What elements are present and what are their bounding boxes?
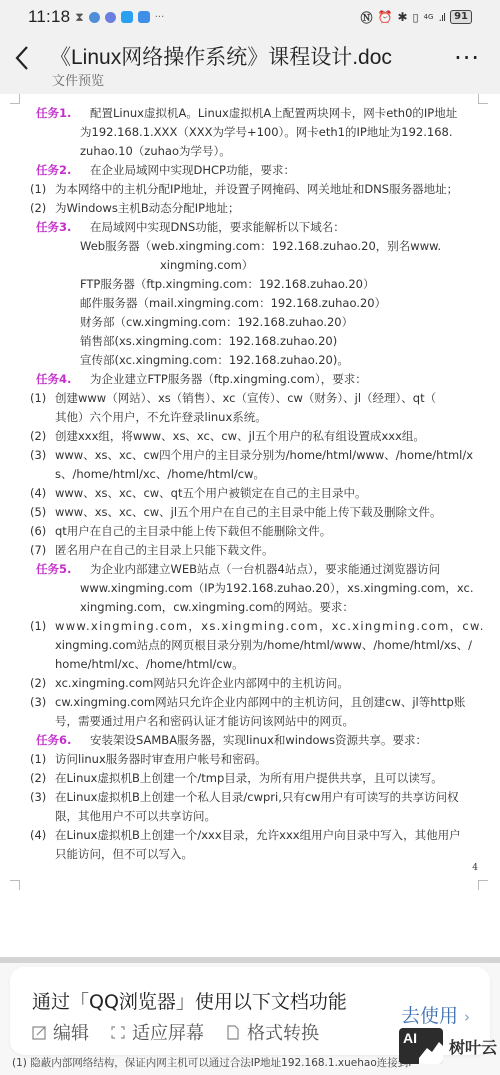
status-bar: 11:18 ⧗ ··· Ⓝ ⏰ ✱ ▯ 4G .ıl 91 — [0, 0, 500, 34]
watermark: AI 树叶云 — [399, 1028, 497, 1064]
task-heading: 任务2.在企业局域网中实现DHCP功能，要求： — [30, 161, 478, 180]
edit-icon — [32, 1025, 46, 1040]
dns-entry: Web服务器（web.xingming.com：192.168.zuhao.20… — [30, 237, 478, 256]
task-label: 任务3. — [36, 218, 90, 237]
dns-entry: FTP服务器（ftp.xingming.com：192.168.zuhao.20… — [30, 275, 478, 294]
list-item: (1)www.xingming.com，xs.xingming.com，xc.x… — [30, 617, 478, 674]
list-item: (2)xc.xingming.com网站只允许企业内部网中的主机访问。 — [30, 674, 478, 693]
list-item: (4)www、xs、xc、cw、qt五个用户被锁定在自己的主目录中。 — [30, 484, 478, 503]
list-item: (3)www、xs、xc、cw四个用户的主目录分别为/home/html/www… — [30, 446, 478, 484]
cloud-app-icon — [138, 11, 150, 23]
document-page[interactable]: 4 任务1.配置Linux虚拟机A。Linux虚拟机A上配置两块网卡，网卡eth… — [0, 94, 500, 957]
feature-edit[interactable]: 编辑 — [32, 1019, 89, 1045]
task-label: 任务1. — [36, 104, 90, 123]
list-item: (2)创建xxx组，将www、xs、xc、cw、jl五个用户的私有组设置成xxx… — [30, 427, 478, 446]
dns-entry: xingming.com） — [30, 256, 478, 275]
watermark-brand: 树叶云 — [449, 1035, 497, 1058]
alarm-icon: ⏰ — [378, 10, 393, 24]
list-item: (1)创建www（网站）、xs（销售）、xc（宣传）、cw（财务）、jl（经理）… — [30, 389, 478, 427]
task-heading: 任务3.在局域网中实现DNS功能，要求能解析以下域名： — [30, 218, 478, 237]
document-icon — [226, 1025, 240, 1040]
dns-entry: 邮件服务器（mail.xingming.com：192.168.zuhao.20… — [30, 294, 478, 313]
crop-mark — [10, 94, 20, 104]
list-item: (3)在Linux虚拟机B上创建一个私人目录/cwpri,只有cw用户有可读写的… — [30, 788, 478, 826]
vibrate-icon: ▯ — [413, 11, 419, 24]
list-item: (7)匿名用户在自己的主目录上只能下载文件。 — [30, 541, 478, 560]
more-options-button[interactable]: ··· — [454, 44, 480, 72]
battery-icon: 91 — [450, 10, 472, 24]
crop-mark — [10, 880, 20, 890]
document-subtitle: 文件预览 — [52, 70, 104, 89]
list-item: (6)qt用户在自己的主目录中能上传下载但不能删除文件。 — [30, 522, 478, 541]
dns-entry: 财务部（cw.xingming.com：192.168.zuhao.20） — [30, 313, 478, 332]
page-number: 4 — [472, 863, 478, 873]
search-app-icon — [121, 11, 133, 23]
back-button[interactable] — [14, 44, 38, 80]
nfc-icon: Ⓝ — [360, 9, 372, 26]
banner-title: 通过「QQ浏览器」使用以下文档功能 — [32, 987, 347, 1014]
chevron-right-icon: › — [464, 1008, 470, 1026]
list-item: (2)在Linux虚拟机B上创建一个/tmp目录，为所有用户提供共享，且可以读写… — [30, 769, 478, 788]
paragraph-line: 为192.168.1.XXX（XXX为学号+100）。网卡eth1的IP地址为1… — [30, 123, 478, 142]
watermark-logo-icon: AI — [399, 1028, 443, 1064]
next-page-preview-text: (1) 隐蔽内部网络结构，保证内网主机可以通过合法IP地址192.168.1.x… — [12, 1055, 411, 1070]
paragraph-line: zuhao.10（zuhao为学号）。 — [30, 142, 478, 161]
bluetooth-icon: ✱ — [397, 10, 407, 24]
task-label: 任务5. — [36, 560, 90, 579]
go-use-button[interactable]: 去使用› — [401, 1001, 470, 1028]
document-content: 任务1.配置Linux虚拟机A。Linux虚拟机A上配置两块网卡，网卡eth0的… — [30, 104, 478, 864]
list-item: (5)www、xs、xc、cw、jl五个用户在自己的主目录中能上传下载及删除文件… — [30, 503, 478, 522]
feature-fit-screen[interactable]: 适应屏幕 — [111, 1019, 204, 1045]
dns-entry: 销售部(xs.xingming.com：192.168.zuhao.20) — [30, 332, 478, 351]
music-app-icon — [105, 12, 116, 23]
list-item: (2)为Windows主机B动态分配IP地址； — [30, 199, 478, 218]
list-item: (4)在Linux虚拟机B上创建一个/xxx目录，允许xxx组用户向目录中写入，… — [30, 826, 478, 864]
more-notifications-icon: ··· — [155, 12, 165, 23]
network-type-icon: 4G — [424, 13, 434, 21]
crop-mark — [478, 94, 488, 104]
list-item: (1)访问linux服务器时审查用户帐号和密码。 — [30, 750, 478, 769]
chevron-left-icon — [14, 44, 30, 72]
task-label: 任务4. — [36, 370, 90, 389]
crop-mark — [478, 880, 488, 890]
task-label: 任务6. — [36, 731, 90, 750]
task-heading: 任务6.安装架设SAMBA服务器，实现linux和windows资源共享。要求： — [30, 731, 478, 750]
paragraph-line: www.xingming.com（IP为192.168.zuhao.20），xs… — [30, 579, 478, 598]
task-heading: 任务4.为企业建立FTP服务器（ftp.xingming.com），要求： — [30, 370, 478, 389]
paragraph-line: xingming.com，cw.xingming.com的网站。要求： — [30, 598, 478, 617]
signal-icon: .ıl — [438, 11, 445, 24]
list-item: (1)为本网络中的主机分配IP地址，并设置子网掩码、网关地址和DNS服务器地址； — [30, 180, 478, 199]
feature-list: 编辑 适应屏幕 格式转换 — [32, 1019, 319, 1045]
hourglass-icon: ⧗ — [75, 10, 83, 25]
task-label: 任务2. — [36, 161, 90, 180]
app-header: 《Linux网络操作系统》课程设计.doc 文件预览 ··· — [0, 34, 500, 94]
task-heading: 任务5.为企业内部建立WEB站点（一台机器4站点），要求能通过浏览器访问 — [30, 560, 478, 579]
feature-format-convert[interactable]: 格式转换 — [226, 1019, 319, 1045]
more-icon: ··· — [454, 44, 480, 72]
clock: 11:18 — [28, 7, 70, 27]
list-item: (3)cw.xingming.com网站只允许企业内部网中的主机访问，且创建cw… — [30, 693, 478, 731]
fit-screen-icon — [111, 1025, 125, 1040]
dns-entry: 宣传部(xc.xingming.com：192.168.zuhao.20)。 — [30, 351, 478, 370]
document-title: 《Linux网络操作系统》课程设计.doc — [50, 41, 392, 71]
task-heading: 任务1.配置Linux虚拟机A。Linux虚拟机A上配置两块网卡，网卡eth0的… — [30, 104, 478, 123]
app-notification-icon — [89, 12, 100, 23]
